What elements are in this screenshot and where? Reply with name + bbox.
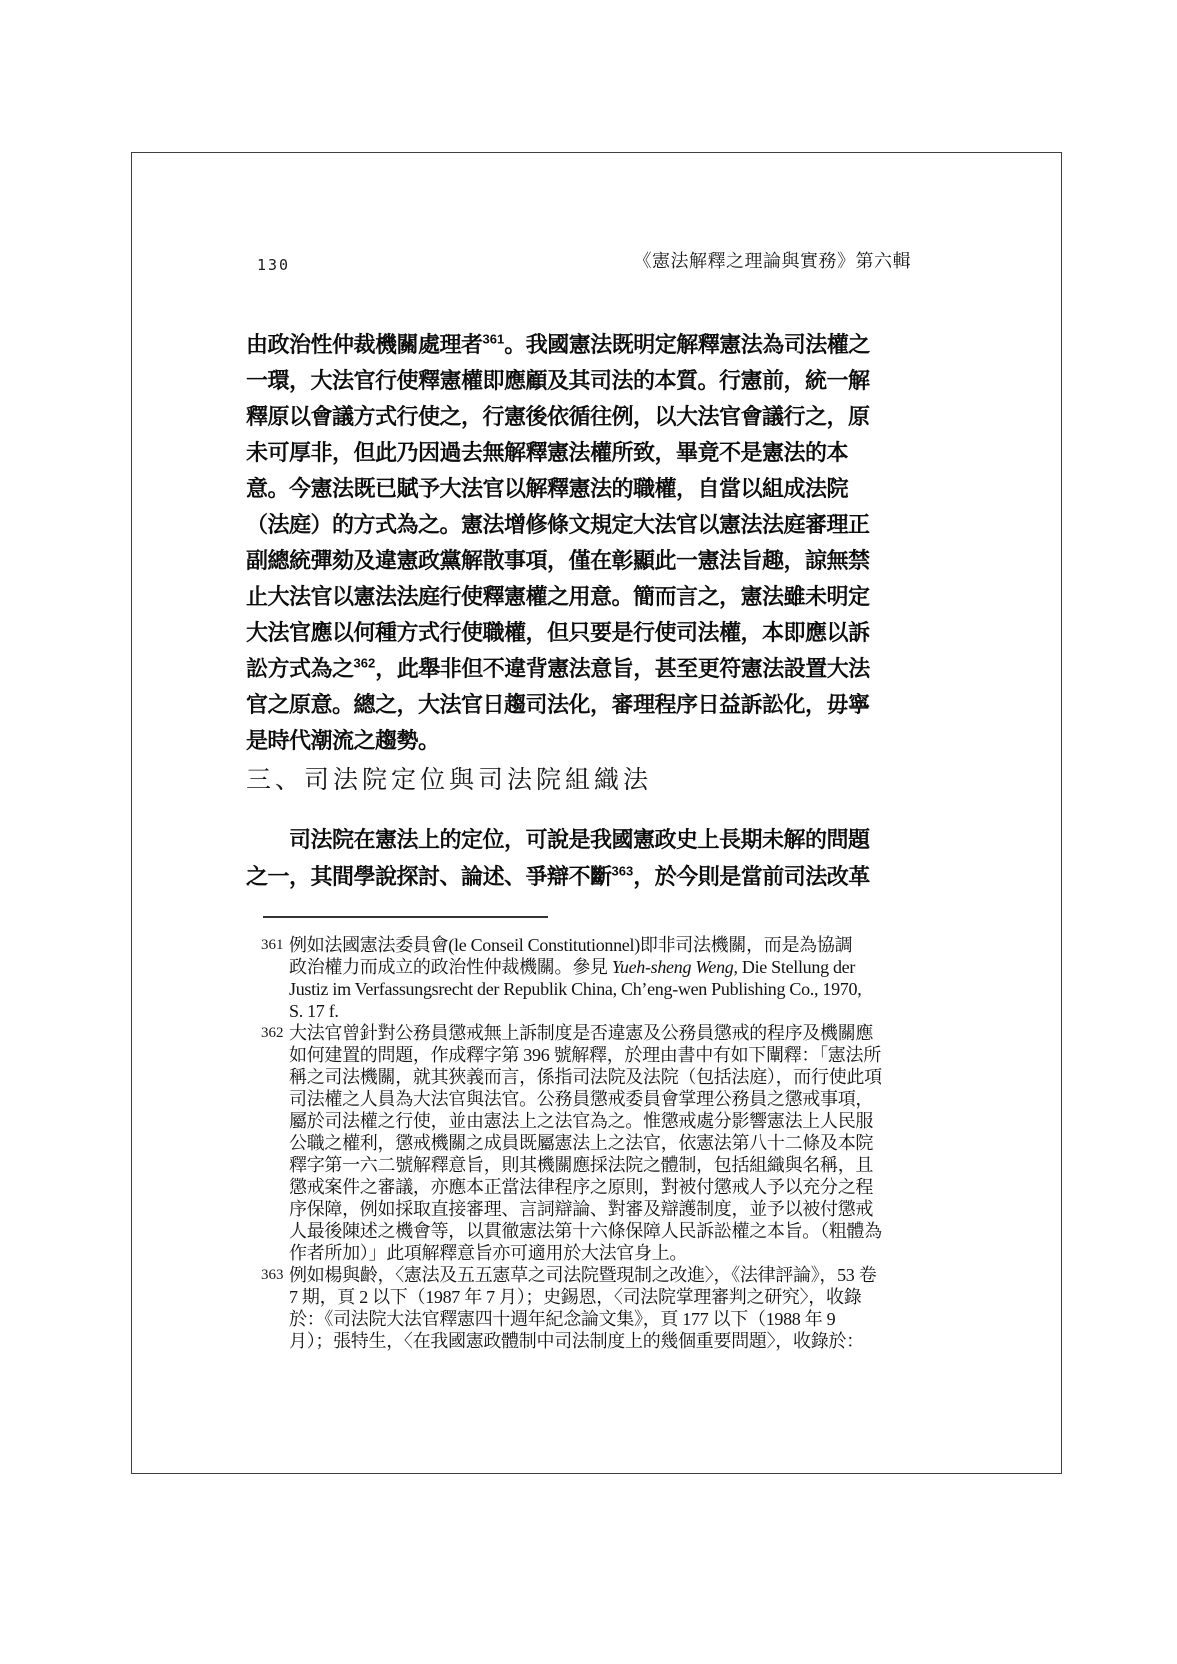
text-segment: Justiz im Verfassungsrecht der Republik … <box>289 979 861 999</box>
text-segment: 序保障，例如採取直接審理、言詞辯論、對審及辯護制度，並予以被付懲戒 <box>289 1199 873 1219</box>
text-line: 意。今憲法既已賦予大法官以解釋憲法的職權，自當以組成法院 <box>246 471 918 507</box>
text-line: 懲戒案件之審議，亦應本正當法律程序之原則，對被付懲戒人予以充分之程 <box>289 1176 936 1198</box>
text-segment: ，於今則是當前司法改革 <box>633 864 870 889</box>
footnote-363: 363 例如楊與齡，〈憲法及五五憲草之司法院暨現制之改進〉，《法律評論》，53 … <box>246 1264 936 1352</box>
text-segment: 作者所加）」此項解釋意旨亦可適用於大法官身上。 <box>289 1243 687 1263</box>
text-line: 司法權之人員為大法官與法官。公務員懲戒委員會掌理公務員之懲戒事項， <box>289 1088 936 1110</box>
footnote-reference-marker: 362 <box>354 656 376 671</box>
text-line: 7 期，頁 2 以下（1987 年 7 月）；史錫恩，〈司法院掌理審判之研究〉，… <box>289 1286 936 1308</box>
text-line: 公職之權利，懲戒機關之成員既屬憲法上之法官，依憲法第八十二條及本院 <box>289 1132 936 1154</box>
text-segment: 7 期，頁 2 以下（1987 年 7 月）；史錫恩，〈司法院掌理審判之研究〉，… <box>289 1287 861 1307</box>
text-segment: Yueh-sheng Weng <box>612 957 734 977</box>
text-line: 例如楊與齡，〈憲法及五五憲草之司法院暨現制之改進〉，《法律評論》，53 卷 <box>289 1264 936 1286</box>
text-line: 政治權力而成立的政治性仲裁機關。參見 Yueh-sheng Weng, Die … <box>289 956 936 978</box>
text-line: 是時代潮流之趨勢。 <box>246 723 918 759</box>
text-segment: 人最後陳述之機會等，以貫徹憲法第十六條保障人民訴訟權之本旨。（粗體為 <box>289 1221 882 1241</box>
text-line: 於：《司法院大法官釋憲四十週年紀念論文集》，頁 177 以下（1988 年 9 <box>289 1308 936 1330</box>
text-segment: 如何建置的問題，作成釋字第 396 號解釋，於理由書中有如下闡釋：「憲法所 <box>289 1045 881 1065</box>
footnote-text: 例如楊與齡，〈憲法及五五憲草之司法院暨現制之改進〉，《法律評論》，53 卷7 期… <box>289 1264 936 1352</box>
text-line: 大法官應以何種方式行使職權，但只要是行使司法權，本即應以訴 <box>246 615 918 651</box>
text-segment: 司法權之人員為大法官與法官。公務員懲戒委員會掌理公務員之懲戒事項， <box>289 1089 873 1109</box>
text-line: 稱之司法機關，就其狹義而言，係指司法院及法院（包括法庭），而行使此項 <box>289 1066 936 1088</box>
text-line: 釋原以會議方式行使之，行憲後依循往例，以大法官會議行之，原 <box>246 399 918 435</box>
text-line: 未可厚非，但此乃因過去無解釋憲法權所致，畢竟不是憲法的本 <box>246 435 918 471</box>
text-segment: 一環，大法官行使釋憲權即應顧及其司法的本質。行憲前，統一解 <box>246 368 870 393</box>
text-segment: 政治權力而成立的政治性仲裁機關。參見 <box>289 957 612 977</box>
text-segment: 例如法國憲法委員會(le Conseil Constitutionnel)即非司… <box>289 935 852 955</box>
footnote-text: 例如法國憲法委員會(le Conseil Constitutionnel)即非司… <box>289 934 936 1022</box>
text-segment: 意。今憲法既已賦予大法官以解釋憲法的職權，自當以組成法院 <box>246 476 848 501</box>
text-segment: 是時代潮流之趨勢。 <box>246 728 440 753</box>
text-line: 人最後陳述之機會等，以貫徹憲法第十六條保障人民訴訟權之本旨。（粗體為 <box>289 1220 936 1242</box>
scan-background: 130 《憲法解釋之理論與實務》第六輯 由政治性仲裁機關處理者361。我國憲法既… <box>0 0 1177 1664</box>
text-line: 屬於司法權之行使，並由憲法上之法官為之。惟懲戒處分影響憲法上人民服 <box>289 1110 936 1132</box>
text-segment: 例如楊與齡，〈憲法及五五憲草之司法院暨現制之改進〉，《法律評論》，53 卷 <box>289 1265 876 1285</box>
text-segment: 由政治性仲裁機關處理者 <box>246 332 483 357</box>
text-segment: 未可厚非，但此乃因過去無解釋憲法權所致，畢竟不是憲法的本 <box>246 440 848 465</box>
text-line: 訟方式為之362，此舉非但不違背憲法意旨，甚至更符憲法設置大法 <box>246 651 918 687</box>
footnotes-section: 361 例如法國憲法委員會(le Conseil Constitutionnel… <box>246 934 936 1352</box>
text-line: 副總統彈劾及違憲政黨解散事項，僅在彰顯此一憲法旨趣，諒無禁 <box>246 543 918 579</box>
section-heading: 三、司法院定位與司法院組織法 <box>246 763 652 799</box>
text-line: 月）；張特生，〈在我國憲政體制中司法制度上的幾個重要問題〉，收錄於： <box>289 1330 936 1352</box>
text-segment: 司法院在憲法上的定位，可說是我國憲政史上長期未解的問題 <box>246 827 870 852</box>
running-header-title: 《憲法解釋之理論與實務》第六輯 <box>246 247 911 273</box>
text-segment: 公職之權利，懲戒機關之成員既屬憲法上之法官，依憲法第八十二條及本院 <box>289 1133 873 1153</box>
body-paragraph-1: 由政治性仲裁機關處理者361。我國憲法既明定解釋憲法為司法權之一環，大法官行使釋… <box>246 327 918 759</box>
footnote-reference-marker: 361 <box>483 332 505 347</box>
text-line: 釋字第一六二號解釋意旨，則其機關應採法院之體制，包括組織與名稱，且 <box>289 1154 936 1176</box>
text-line: 大法官曾針對公務員懲戒無上訴制度是否違憲及公務員懲戒的程序及機關應 <box>289 1022 936 1044</box>
footnote-361: 361 例如法國憲法委員會(le Conseil Constitutionnel… <box>246 934 936 1022</box>
text-line: 官之原意。總之，大法官日趨司法化，審理程序日益訴訟化，毋寧 <box>246 687 918 723</box>
text-segment: 釋字第一六二號解釋意旨，則其機關應採法院之體制，包括組織與名稱，且 <box>289 1155 873 1175</box>
text-line: （法庭）的方式為之。憲法增修條文規定大法官以憲法法庭審理正 <box>246 507 918 543</box>
text-segment: 屬於司法權之行使，並由憲法上之法官為之。惟懲戒處分影響憲法上人民服 <box>289 1111 873 1131</box>
body-paragraph-2: 司法院在憲法上的定位，可說是我國憲政史上長期未解的問題之一，其間學說探討、論述、… <box>246 821 918 895</box>
footnote-362: 362 大法官曾針對公務員懲戒無上訴制度是否違憲及公務員懲戒的程序及機關應如何建… <box>246 1022 936 1264</box>
text-segment: 訟方式為之 <box>246 656 354 681</box>
text-segment: 懲戒案件之審議，亦應本正當法律程序之原則，對被付懲戒人予以充分之程 <box>289 1177 873 1197</box>
text-segment: 止大法官以憲法法庭行使釋憲權之用意。簡而言之，憲法雖未明定 <box>246 584 870 609</box>
document-page: 130 《憲法解釋之理論與實務》第六輯 由政治性仲裁機關處理者361。我國憲法既… <box>131 152 1062 1474</box>
text-segment: （法庭）的方式為之。憲法增修條文規定大法官以憲法法庭審理正 <box>246 512 870 537</box>
text-segment: 大法官曾針對公務員懲戒無上訴制度是否違憲及公務員懲戒的程序及機關應 <box>289 1023 873 1043</box>
text-segment: 官之原意。總之，大法官日趨司法化，審理程序日益訴訟化，毋寧 <box>246 692 870 717</box>
text-line: S. 17 f. <box>289 1000 936 1022</box>
text-segment: 於：《司法院大法官釋憲四十週年紀念論文集》，頁 177 以下（1988 年 9 <box>289 1309 835 1329</box>
text-line: 如何建置的問題，作成釋字第 396 號解釋，於理由書中有如下闡釋：「憲法所 <box>289 1044 936 1066</box>
text-segment: 。我國憲法既明定解釋憲法為司法權之 <box>504 332 870 357</box>
text-line: 作者所加）」此項解釋意旨亦可適用於大法官身上。 <box>289 1242 936 1264</box>
text-segment: S. 17 f. <box>289 1001 339 1021</box>
text-line: 序保障，例如採取直接審理、言詞辯論、對審及辯護制度，並予以被付懲戒 <box>289 1198 936 1220</box>
text-line: 由政治性仲裁機關處理者361。我國憲法既明定解釋憲法為司法權之 <box>246 327 918 363</box>
text-segment: ，此舉非但不違背憲法意旨，甚至更符憲法設置大法 <box>375 656 870 681</box>
footnote-number: 362 <box>261 1025 284 1042</box>
footnote-number: 361 <box>261 937 284 954</box>
text-segment: 稱之司法機關，就其狹義而言，係指司法院及法院（包括法庭），而行使此項 <box>289 1067 882 1087</box>
text-line: 例如法國憲法委員會(le Conseil Constitutionnel)即非司… <box>289 934 936 956</box>
text-segment: 釋原以會議方式行使之，行憲後依循往例，以大法官會議行之，原 <box>246 404 870 429</box>
footnote-number: 363 <box>261 1267 284 1284</box>
footnote-reference-marker: 363 <box>612 864 634 879</box>
text-line: 一環，大法官行使釋憲權即應顧及其司法的本質。行憲前，統一解 <box>246 363 918 399</box>
text-line: 司法院在憲法上的定位，可說是我國憲政史上長期未解的問題 <box>246 821 918 858</box>
text-line: 止大法官以憲法法庭行使釋憲權之用意。簡而言之，憲法雖未明定 <box>246 579 918 615</box>
footnote-separator-rule <box>263 916 548 918</box>
text-segment: , Die Stellung der <box>733 957 855 977</box>
text-segment: 月）；張特生，〈在我國憲政體制中司法制度上的幾個重要問題〉，收錄於： <box>289 1331 864 1351</box>
text-line: 之一，其間學說探討、論述、爭辯不斷363，於今則是當前司法改革 <box>246 858 918 895</box>
text-segment: 大法官應以何種方式行使職權，但只要是行使司法權，本即應以訴 <box>246 620 870 645</box>
text-segment: 之一，其間學說探討、論述、爭辯不斷 <box>246 864 612 889</box>
footnote-text: 大法官曾針對公務員懲戒無上訴制度是否違憲及公務員懲戒的程序及機關應如何建置的問題… <box>289 1022 936 1264</box>
text-line: Justiz im Verfassungsrecht der Republik … <box>289 978 936 1000</box>
text-segment: 副總統彈劾及違憲政黨解散事項，僅在彰顯此一憲法旨趣，諒無禁 <box>246 548 870 573</box>
